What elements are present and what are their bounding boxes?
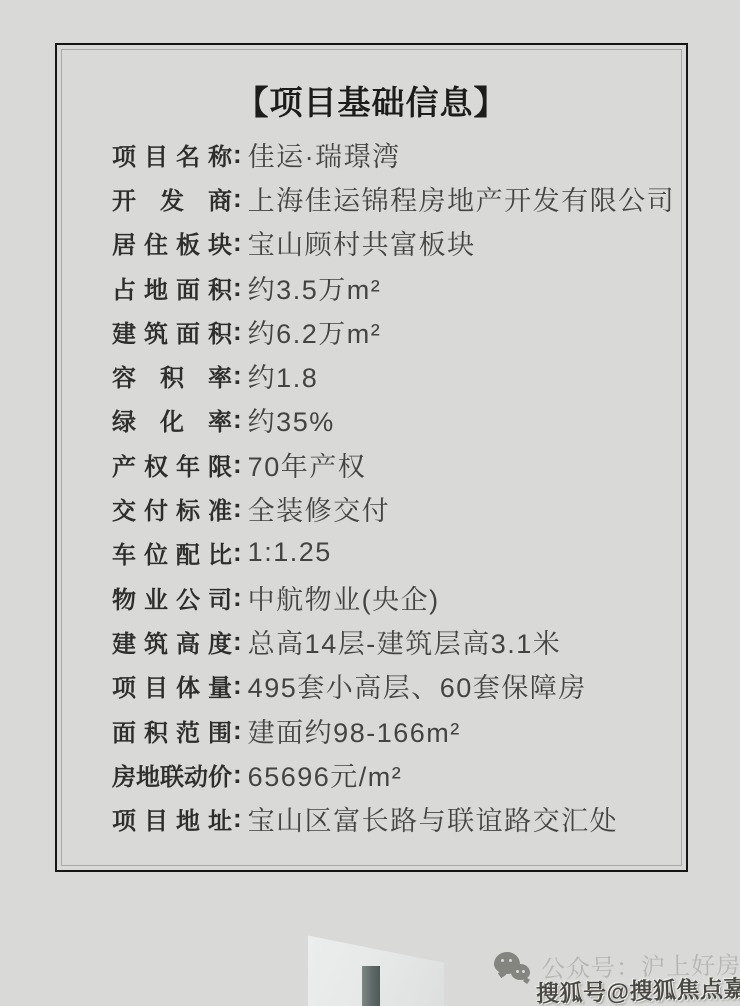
row-value: 约1.8 bbox=[248, 356, 319, 395]
row-colon: : bbox=[233, 227, 242, 258]
building-dark-bar-icon bbox=[362, 966, 380, 1006]
info-row: 建筑高度 : 总高14层-建筑层高3.1米 bbox=[112, 619, 672, 663]
info-row: 容积率 : 约1.8 bbox=[112, 353, 672, 397]
row-value: 上海佳运锦程房地产开发有限公司 bbox=[248, 179, 676, 218]
info-row: 绿化率 : 约35% bbox=[112, 398, 672, 442]
row-value: 70年产权 bbox=[248, 445, 367, 484]
row-colon: : bbox=[233, 139, 242, 170]
info-row: 项目名称 : 佳运·瑞璟湾 bbox=[112, 132, 672, 176]
row-label: 绿化率 bbox=[112, 402, 232, 437]
row-colon: : bbox=[233, 582, 242, 613]
info-row: 项目体量 : 495套小高层、60套保障房 bbox=[112, 664, 672, 708]
row-colon: : bbox=[233, 360, 242, 391]
info-row: 产权年限 : 70年产权 bbox=[112, 442, 672, 486]
row-label: 物业公司 bbox=[112, 580, 232, 615]
row-colon: : bbox=[233, 670, 242, 701]
info-row: 房地联动价 : 65696元/m² bbox=[112, 752, 672, 796]
card-title: 【项目基础信息】 bbox=[57, 77, 686, 124]
row-value: 宝山顾村共富板块 bbox=[248, 223, 476, 262]
row-colon: : bbox=[233, 493, 242, 524]
row-label: 房地联动价 bbox=[112, 757, 232, 792]
info-row: 交付标准 : 全装修交付 bbox=[112, 486, 672, 530]
row-label: 项目地址 bbox=[112, 801, 232, 836]
info-row: 物业公司 : 中航物业(央企) bbox=[112, 575, 672, 619]
wechat-icon bbox=[494, 950, 536, 988]
row-value: 1:1.25 bbox=[248, 537, 332, 568]
row-colon: : bbox=[233, 316, 242, 347]
row-value: 宝山区富长路与联谊路交汇处 bbox=[248, 799, 619, 838]
row-colon: : bbox=[233, 183, 242, 214]
row-colon: : bbox=[233, 272, 242, 303]
project-info-card: 【项目基础信息】 项目名称 : 佳运·瑞璟湾 开发商 : 上海佳运锦程房地产开发… bbox=[55, 43, 688, 872]
info-row: 车位配比 : 1:1.25 bbox=[112, 531, 672, 575]
row-colon: : bbox=[233, 626, 242, 657]
row-label: 容积率 bbox=[112, 358, 232, 393]
info-rows: 项目名称 : 佳运·瑞璟湾 开发商 : 上海佳运锦程房地产开发有限公司 居住板块… bbox=[112, 132, 672, 841]
info-row: 居住板块 : 宝山顾村共富板块 bbox=[112, 221, 672, 265]
row-colon: : bbox=[233, 803, 242, 834]
row-colon: : bbox=[233, 537, 242, 568]
sohu-watermark: 搜狐号@搜狐焦点嘉峪关站 bbox=[536, 968, 740, 1006]
row-value: 约6.2万m² bbox=[248, 312, 382, 351]
building-image-fragment bbox=[308, 934, 444, 1006]
row-value: 约35% bbox=[248, 400, 335, 439]
row-label: 占地面积 bbox=[112, 270, 232, 305]
row-label: 项目名称 bbox=[112, 137, 232, 172]
row-label: 开发商 bbox=[112, 181, 232, 216]
row-value: 495套小高层、60套保障房 bbox=[248, 666, 587, 705]
row-label: 建筑面积 bbox=[112, 314, 232, 349]
wechat-small-bubble-icon bbox=[511, 964, 530, 980]
row-value: 全装修交付 bbox=[248, 489, 391, 528]
row-label: 建筑高度 bbox=[112, 624, 232, 659]
info-row: 建筑面积 : 约6.2万m² bbox=[112, 309, 672, 353]
row-colon: : bbox=[233, 449, 242, 480]
row-colon: : bbox=[233, 759, 242, 790]
row-colon: : bbox=[233, 715, 242, 746]
info-row: 项目地址 : 宝山区富长路与联谊路交汇处 bbox=[112, 796, 672, 840]
row-label: 居住板块 bbox=[112, 225, 232, 260]
row-value: 总高14层-建筑层高3.1米 bbox=[248, 622, 562, 661]
row-label: 交付标准 bbox=[112, 491, 232, 526]
row-value: 约3.5万m² bbox=[248, 268, 382, 307]
row-label: 项目体量 bbox=[112, 668, 232, 703]
row-value: 65696元/m² bbox=[248, 755, 403, 794]
row-label: 车位配比 bbox=[112, 535, 232, 570]
row-colon: : bbox=[233, 404, 242, 435]
info-row: 面积范围 : 建面约98-166m² bbox=[112, 708, 672, 752]
row-value: 中航物业(央企) bbox=[248, 578, 440, 617]
row-label: 产权年限 bbox=[112, 447, 232, 482]
info-row: 占地面积 : 约3.5万m² bbox=[112, 265, 672, 309]
row-value: 建面约98-166m² bbox=[248, 711, 461, 750]
row-label: 面积范围 bbox=[112, 713, 232, 748]
row-value: 佳运·瑞璟湾 bbox=[248, 135, 401, 174]
info-row: 开发商 : 上海佳运锦程房地产开发有限公司 bbox=[112, 176, 672, 220]
